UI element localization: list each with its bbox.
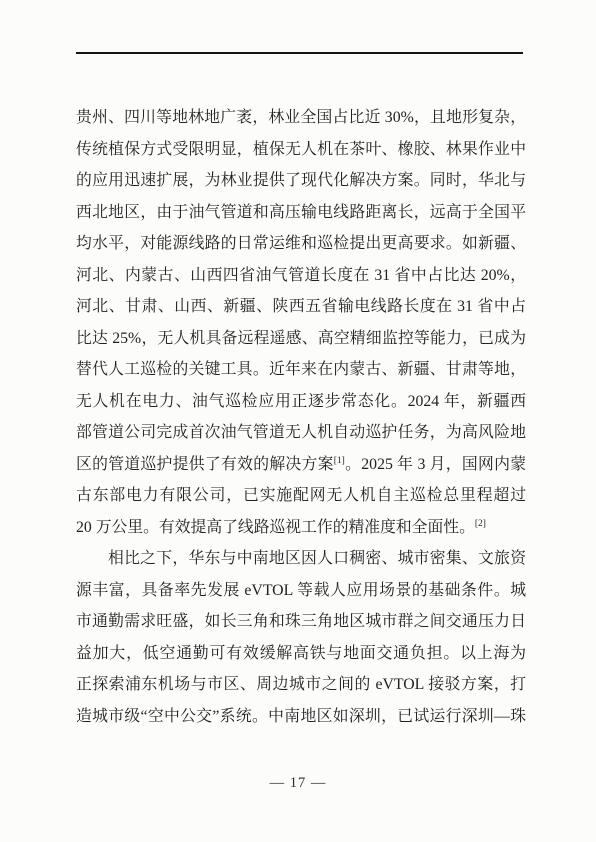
text-line: 传统植保方式受限明显，植保无人机在茶叶、橡胶、林果作业中 xyxy=(76,134,526,166)
text-line: 无人机在电力、油气巡检应用正逐步常态化。2024 年，新疆西 xyxy=(76,386,526,418)
footnote-ref: [2] xyxy=(475,519,486,529)
text-line: 部管道公司完成首次油气管道无人机自动巡护任务，为高风险地 xyxy=(76,417,526,449)
footnote-ref: [1] xyxy=(334,456,345,466)
text-line: 比达 25%，无人机具备远程遥感、高空精细监控等能力，已成为 xyxy=(76,323,526,355)
text-line: 益加大，低空通勤可有效缓解高铁与地面交通负担。以上海为例， xyxy=(76,638,526,670)
text-line: 的应用迅速扩展，为林业提供了现代化解决方案。同时，华北与 xyxy=(76,165,526,197)
text-line: 源丰富，具备率先发展 eVTOL 等载人应用场景的基础条件。城 xyxy=(76,575,526,607)
text-line: 河北、内蒙古、山西四省油气管道长度在 31 省中占比达 20%， xyxy=(76,260,526,292)
document-page: 贵州、四川等地林地广袤，林业全国占比近 30%，且地形复杂，传统植保方式受限明显… xyxy=(0,0,596,842)
text-line: 古东部电力有限公司，已实施配网无人机自主巡检总里程超过 xyxy=(76,480,526,512)
header-rule xyxy=(76,52,523,54)
body-text: 贵州、四川等地林地广袤，林业全国占比近 30%，且地形复杂，传统植保方式受限明显… xyxy=(76,102,526,732)
text-line: 相比之下，华东与中南地区因人口稠密、城市密集、文旅资 xyxy=(76,543,526,575)
text-line: 正探索浦东机场与市区、周边城市之间的 eVTOL 接驳方案，打 xyxy=(76,669,526,701)
text-line: 均水平，对能源线路的日常运维和巡检提出更高要求。如新疆、 xyxy=(76,228,526,260)
text-line: 市通勤需求旺盛，如长三角和珠三角地区城市群之间交通压力日 xyxy=(76,606,526,638)
text-line: 贵州、四川等地林地广袤，林业全国占比近 30%，且地形复杂， xyxy=(76,102,526,134)
text-line: 造城市级“空中公交”系统。中南地区如深圳，已试运行深圳—珠 xyxy=(76,701,526,733)
text-line: 替代人工巡检的关键工具。近年来在内蒙古、新疆、甘肃等地， xyxy=(76,354,526,386)
text-line: 区的管道巡护提供了有效的解决方案[1]。2025 年 3 月，国网内蒙 xyxy=(76,449,526,481)
text-line: 西北地区，由于油气管道和高压输电线路距离长，远高于全国平 xyxy=(76,197,526,229)
page-number: — 17 — xyxy=(0,775,596,792)
text-line: 河北、甘肃、山西、新疆、陕西五省输电线路长度在 31 省中占 xyxy=(76,291,526,323)
text-line: 20 万公里。有效提高了线路巡视工作的精准度和全面性。[2] xyxy=(76,512,526,544)
